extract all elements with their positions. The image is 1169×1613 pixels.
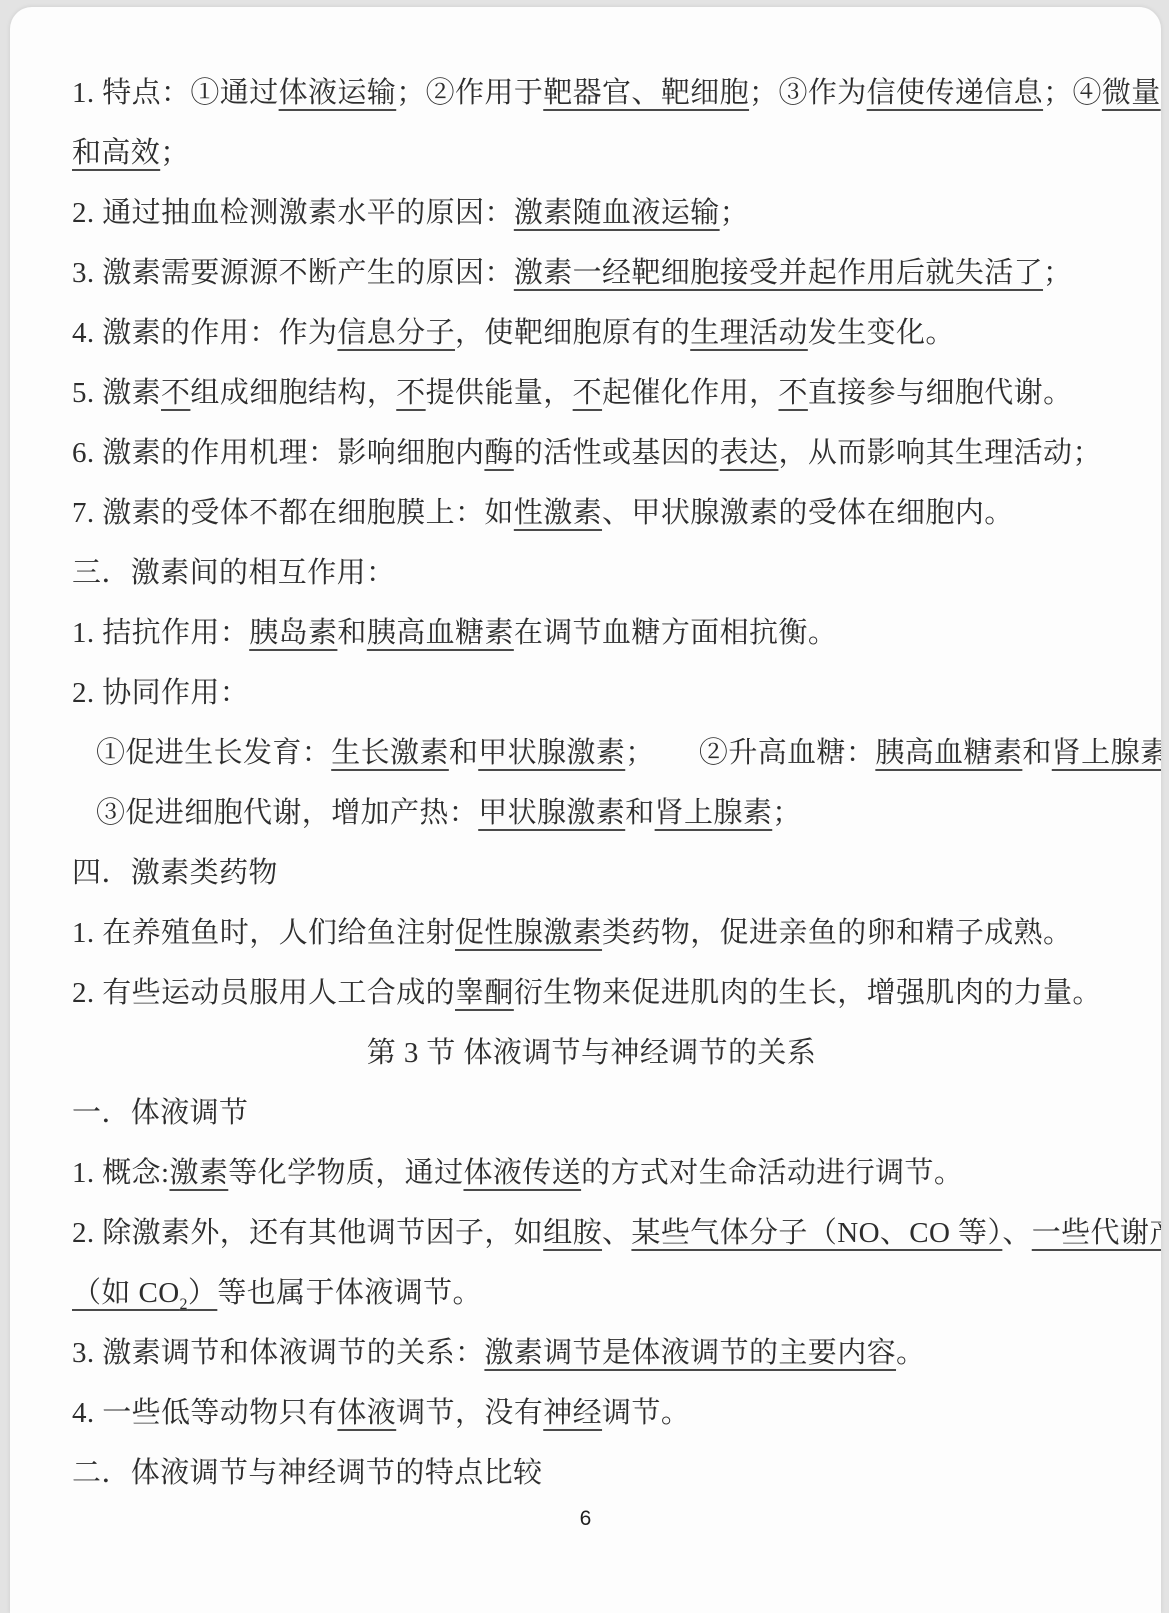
- line-other-factors-cont: （如 CO2）等也属于体液调节。: [72, 1263, 1111, 1323]
- text-segment: 等化学物质，通过: [228, 1157, 463, 1189]
- underlined-text: 组胺: [543, 1217, 602, 1249]
- underlined-text: 激素调节是体液调节的主要内容: [484, 1337, 896, 1369]
- line-receptors: 7. 激素的受体不都在细胞膜上：如性激素、甲状腺激素的受体在细胞内。: [72, 483, 1111, 543]
- line-synergy-examples-1: ①促进生长发育：生长激素和甲状腺激素； ②升高血糖：胰高血糖素和肾上腺素；: [72, 723, 1111, 783]
- text-segment: 5. 激素: [72, 377, 161, 409]
- text-segment: 三．激素间的相互作用：: [72, 557, 395, 589]
- line-hormone-features: 1. 特点：①通过体液运输；②作用于靶器官、靶细胞；③作为信使传递信息；④微量: [72, 63, 1111, 123]
- text-segment: 1. 概念:: [72, 1157, 169, 1189]
- text-segment: 组成细胞结构，: [190, 377, 396, 409]
- line-continuous-production: 3. 激素需要源源不断产生的原因：激素一经靶细胞接受并起作用后就失活了；: [72, 243, 1111, 303]
- underlined-text: 酶: [484, 437, 513, 469]
- text-segment: 、: [1002, 1217, 1031, 1249]
- text-segment: 、甲状腺激素的受体在细胞内。: [602, 497, 1014, 529]
- text-segment: 的活性或基因的: [514, 437, 720, 469]
- underlined-text: 促性腺激素: [455, 917, 602, 949]
- screenshot-stage: 1. 特点：①通过体液运输；②作用于靶器官、靶细胞；③作为信使传递信息；④微量和…: [0, 0, 1169, 1613]
- text-segment: 四．激素类药物: [72, 857, 278, 889]
- text-segment: 1. 在养殖鱼时，人们给鱼注射: [72, 917, 455, 949]
- text-segment: 二．体液调节与神经调节的特点比较: [72, 1457, 542, 1489]
- underlined-text: 甲状腺激素: [478, 737, 625, 769]
- underlined-text: 睾酮: [455, 977, 514, 1009]
- text-segment: ①促进生长发育：: [96, 737, 331, 769]
- text-segment: 衍生物来促进肌肉的生长，增强肌肉的力量。: [514, 977, 1102, 1009]
- text-segment: ；: [1043, 257, 1072, 289]
- underlined-text: 性激素: [514, 497, 602, 529]
- text-segment: 4. 一些低等动物只有: [72, 1397, 337, 1429]
- section-3-title: 第 3 节 体液调节与神经调节的关系: [72, 1023, 1111, 1083]
- text-segment: 2. 有些运动员服用人工合成的: [72, 977, 455, 1009]
- underlined-text: 肾上腺素: [1052, 737, 1161, 769]
- underlined-text: 某些气体分子（NO、CO 等）: [631, 1217, 1002, 1249]
- subscript-text: 2: [180, 1296, 188, 1313]
- text-segment: 3. 激素调节和体液调节的关系：: [72, 1337, 484, 1369]
- text-segment: 4. 激素的作用：作为: [72, 317, 337, 349]
- underlined-text: 不: [778, 377, 807, 409]
- underlined-text: 信息分子: [337, 317, 455, 349]
- line-other-factors: 2. 除激素外，还有其他调节因子，如组胺、某些气体分子（NO、CO 等）、一些代…: [72, 1203, 1111, 1263]
- text-segment: 在调节血糖方面相抗衡。: [514, 617, 837, 649]
- underlined-text: 信使传递信息: [867, 77, 1043, 109]
- line-blood-test-reason: 2. 通过抽血检测激素水平的原因：激素随血液运输；: [72, 183, 1111, 243]
- underlined-text: 2: [180, 1277, 188, 1309]
- text-segment: 调节，没有: [396, 1397, 543, 1429]
- text-segment: ；②作用于: [396, 77, 543, 109]
- text-segment: ；: [720, 197, 749, 229]
- underlined-text: 靶器官、靶细胞: [543, 77, 749, 109]
- text-segment: 1. 特点：①通过: [72, 77, 279, 109]
- underlined-text: 胰岛素: [249, 617, 337, 649]
- text-segment: 一．体液调节: [72, 1097, 248, 1129]
- underlined-text: 一些代谢产物: [1032, 1217, 1161, 1249]
- text-segment: 2. 协同作用：: [72, 677, 249, 709]
- underlined-text: 生长激素: [331, 737, 449, 769]
- text-segment: ；: [160, 137, 189, 169]
- text-segment: 2. 通过抽血检测激素水平的原因：: [72, 197, 514, 229]
- heading-section-three: 三．激素间的相互作用：: [72, 543, 1111, 603]
- line-synergy-examples-2: ③促进细胞代谢，增加产热：甲状腺激素和肾上腺素；: [72, 783, 1111, 843]
- text-segment: ； ②升高血糖：: [625, 737, 875, 769]
- underlined-text: 胰高血糖素: [875, 737, 1022, 769]
- underlined-text: 不: [573, 377, 602, 409]
- text-segment: 和: [1022, 737, 1051, 769]
- line-synergy: 2. 协同作用：: [72, 663, 1111, 723]
- text-segment: ③促进细胞代谢，增加产热：: [96, 797, 478, 829]
- underlined-text: 微量: [1102, 77, 1161, 109]
- text-segment: 1. 拮抗作用：: [72, 617, 249, 649]
- underlined-text: 生理活动: [690, 317, 808, 349]
- underlined-text: 肾上腺素: [655, 797, 773, 829]
- text-segment: 和: [449, 737, 478, 769]
- line-mechanism: 6. 激素的作用机理：影响细胞内酶的活性或基因的表达，从而影响其生理活动；: [72, 423, 1111, 483]
- text-segment: ；: [772, 797, 801, 829]
- text-segment: 第 3 节 体液调节与神经调节的关系: [367, 1037, 816, 1069]
- underlined-text: 胰高血糖素: [367, 617, 514, 649]
- line-hormone-negatives: 5. 激素不组成细胞结构，不提供能量，不起催化作用，不直接参与细胞代谢。: [72, 363, 1111, 423]
- line-antagonism: 1. 拮抗作用：胰岛素和胰高血糖素在调节血糖方面相抗衡。: [72, 603, 1111, 663]
- text-segment: 。: [896, 1337, 925, 1369]
- underlined-text: 表达: [720, 437, 779, 469]
- underlined-text: 激素: [169, 1157, 228, 1189]
- underlined-text: 不: [161, 377, 190, 409]
- text-segment: ；④: [1043, 77, 1102, 109]
- underlined-text: 激素随血液运输: [514, 197, 720, 229]
- text-segment: 和: [337, 617, 366, 649]
- underlined-text: 激素一经靶细胞接受并起作用后就失活了: [514, 257, 1043, 289]
- underlined-text: 不: [396, 377, 425, 409]
- text-segment: 和: [625, 797, 654, 829]
- text-segment: 的方式对生命活动进行调节。: [581, 1157, 963, 1189]
- underlined-text: 体液传送: [463, 1157, 581, 1189]
- line-hormone-features-cont: 和高效；: [72, 123, 1111, 183]
- text-segment: 提供能量，: [426, 377, 573, 409]
- underlined-text: ）: [188, 1277, 217, 1309]
- line-relationship: 3. 激素调节和体液调节的关系：激素调节是体液调节的主要内容。: [72, 1323, 1111, 1383]
- text-segment: 调节。: [602, 1397, 690, 1429]
- underlined-text: 甲状腺激素: [478, 797, 625, 829]
- text-segment: 2. 除激素外，还有其他调节因子，如: [72, 1217, 543, 1249]
- heading-section-one: 一．体液调节: [72, 1083, 1111, 1143]
- text-segment: 3. 激素需要源源不断产生的原因：: [72, 257, 514, 289]
- underlined-text: 神经: [543, 1397, 602, 1429]
- line-fish-breeding: 1. 在养殖鱼时，人们给鱼注射促性腺激素类药物，促进亲鱼的卵和精子成熟。: [72, 903, 1111, 963]
- text-segment: ，从而影响其生理活动；: [778, 437, 1101, 469]
- document-body: 1. 特点：①通过体液运输；②作用于靶器官、靶细胞；③作为信使传递信息；④微量和…: [10, 7, 1161, 1503]
- text-segment: ；③作为: [749, 77, 867, 109]
- text-segment: 发生变化。: [808, 317, 955, 349]
- text-segment: 6. 激素的作用机理：影响细胞内: [72, 437, 484, 469]
- underlined-text: （如 CO: [72, 1277, 180, 1309]
- line-athletes: 2. 有些运动员服用人工合成的睾酮衍生物来促进肌肉的生长，增强肌肉的力量。: [72, 963, 1111, 1023]
- underlined-text: 体液运输: [279, 77, 397, 109]
- text-segment: 、: [602, 1217, 631, 1249]
- text-segment: 类药物，促进亲鱼的卵和精子成熟。: [602, 917, 1072, 949]
- line-hormone-role: 4. 激素的作用：作为信息分子，使靶细胞原有的生理活动发生变化。: [72, 303, 1111, 363]
- text-segment: 等也属于体液调节。: [217, 1277, 482, 1309]
- underlined-text: 体液: [337, 1397, 396, 1429]
- page-number: 6: [10, 1507, 1161, 1531]
- text-segment: 直接参与细胞代谢。: [808, 377, 1073, 409]
- text-segment: 起催化作用，: [602, 377, 778, 409]
- heading-section-four: 四．激素类药物: [72, 843, 1111, 903]
- heading-section-two: 二．体液调节与神经调节的特点比较: [72, 1443, 1111, 1503]
- line-lower-animals: 4. 一些低等动物只有体液调节，没有神经调节。: [72, 1383, 1111, 1443]
- underlined-text: 和高效: [72, 137, 160, 169]
- line-humoral-concept: 1. 概念:激素等化学物质，通过体液传送的方式对生命活动进行调节。: [72, 1143, 1111, 1203]
- text-segment: ，使靶细胞原有的: [455, 317, 690, 349]
- text-segment: 7. 激素的受体不都在细胞膜上：如: [72, 497, 514, 529]
- document-page: 1. 特点：①通过体液运输；②作用于靶器官、靶细胞；③作为信使传递信息；④微量和…: [10, 7, 1161, 1613]
